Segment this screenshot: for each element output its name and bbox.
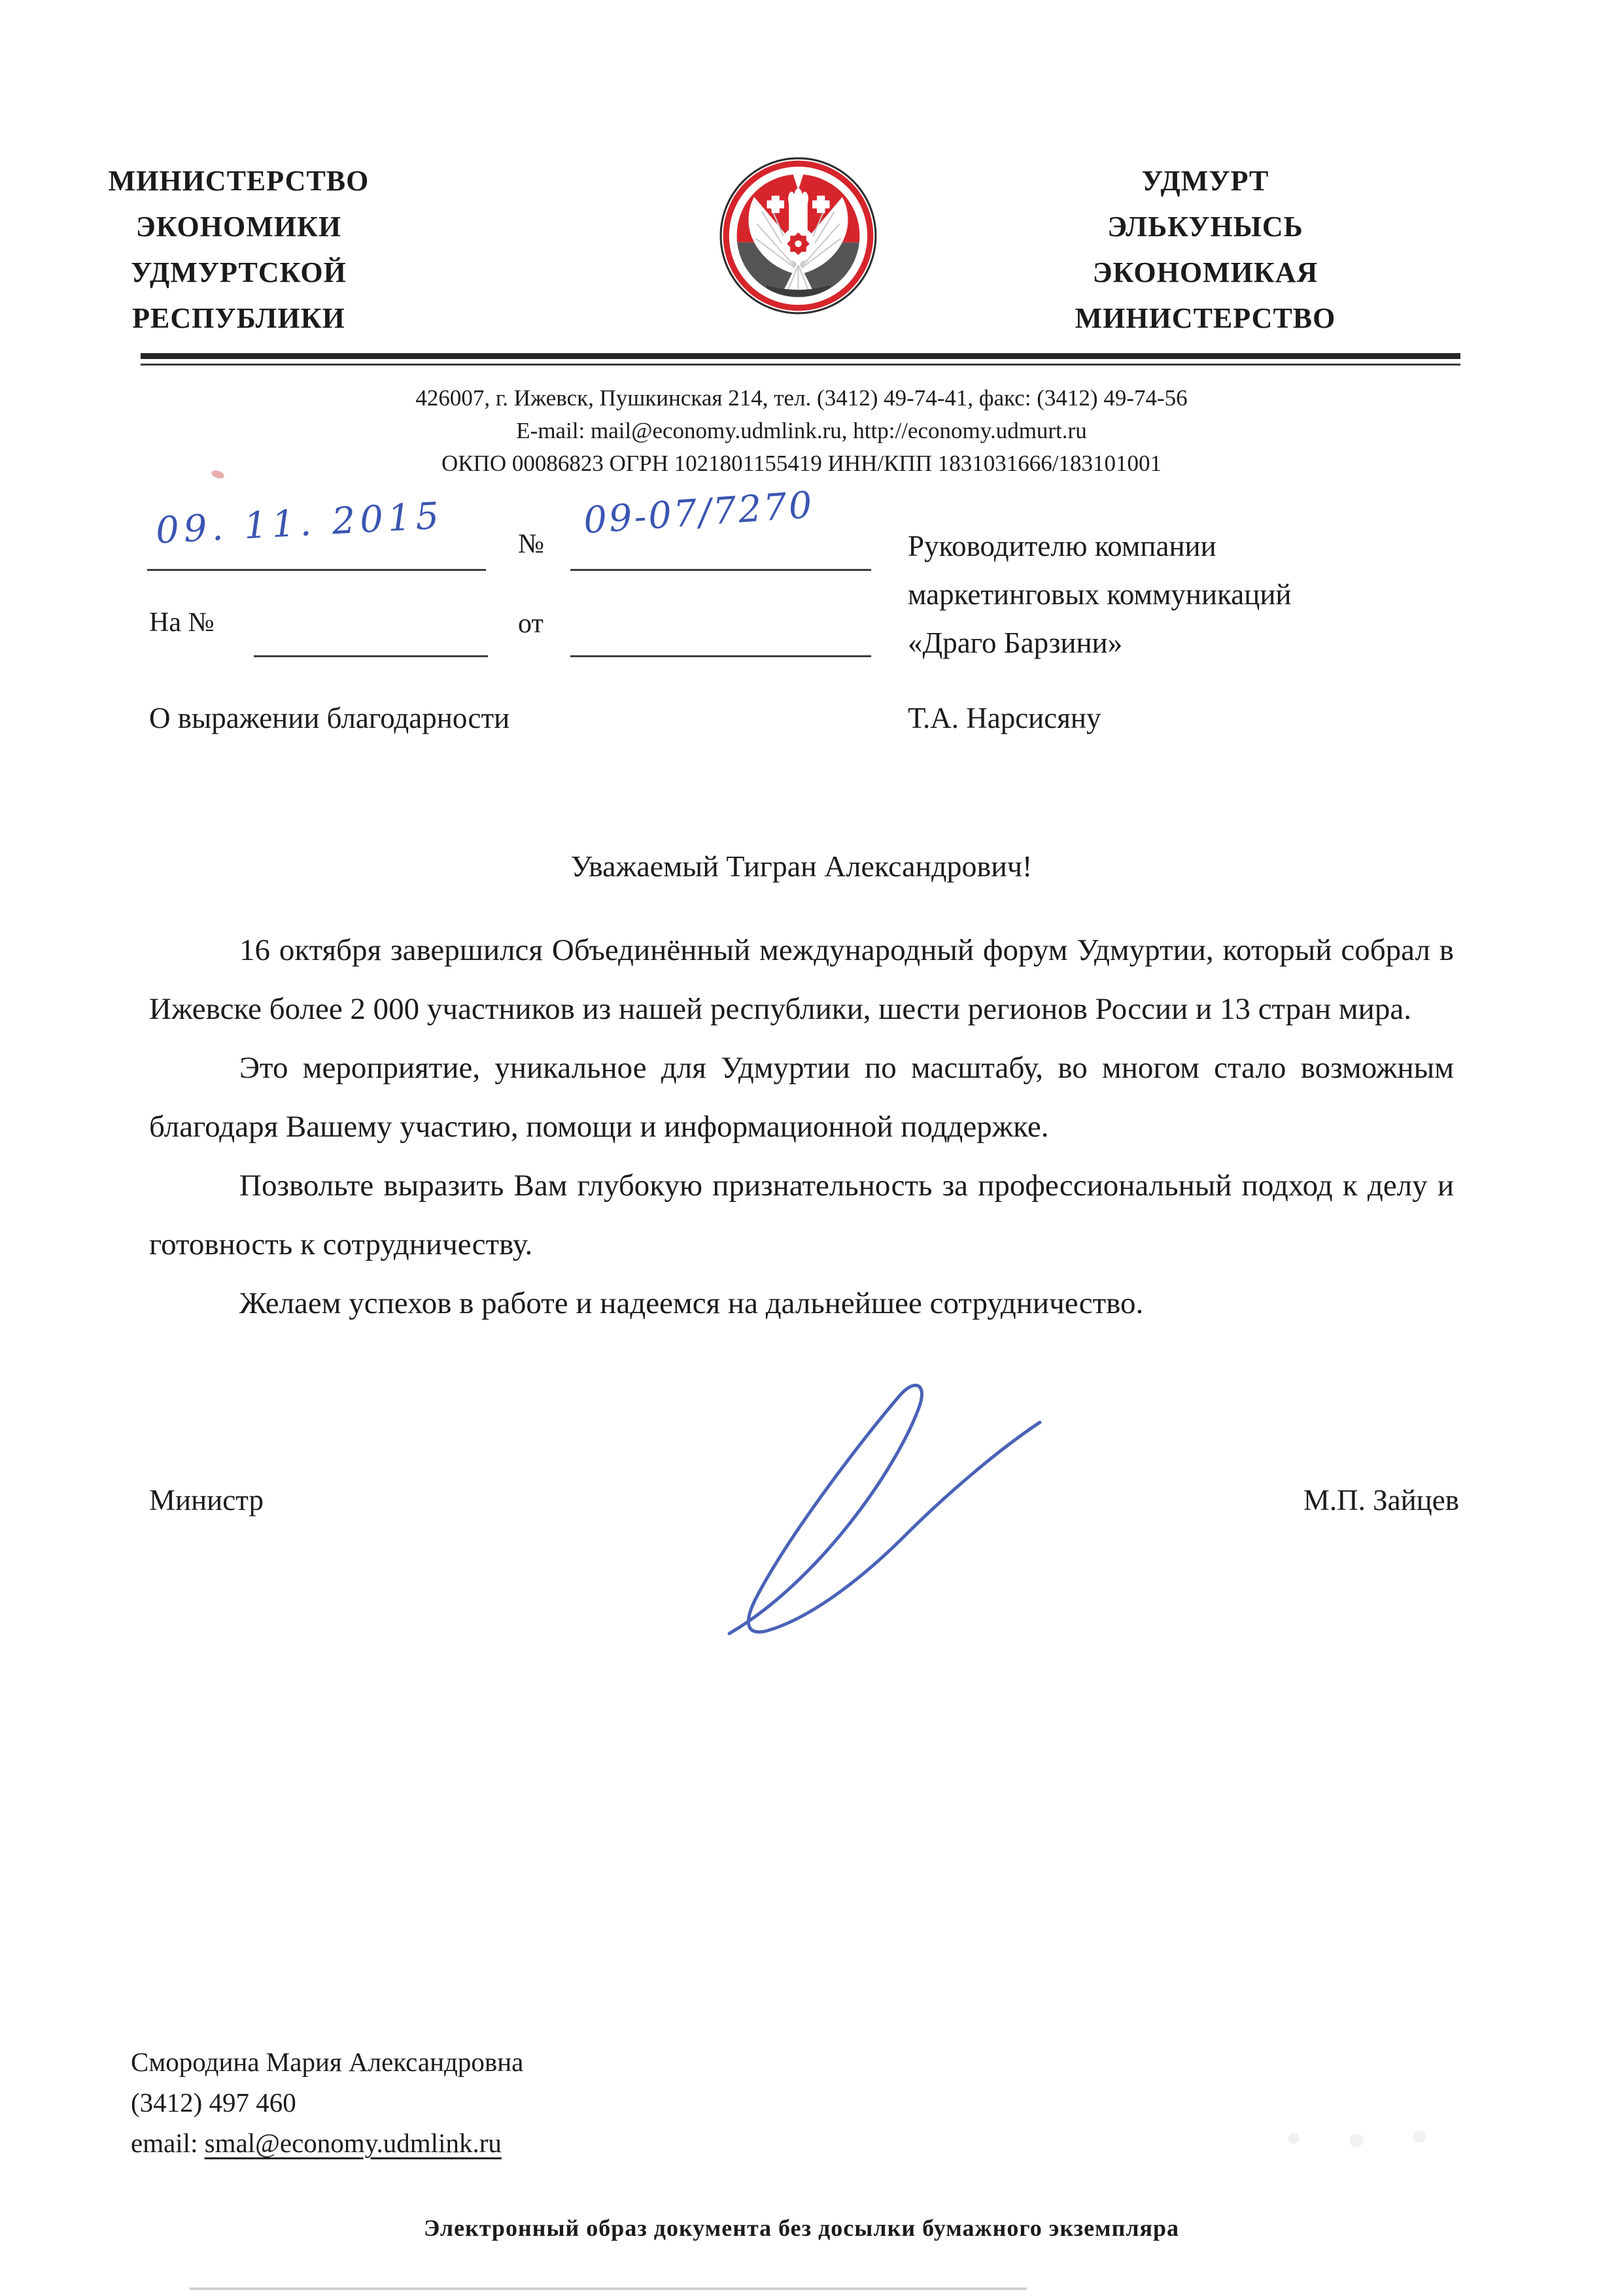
org-right-line: ЭКОНОМИКАЯ — [1006, 250, 1405, 296]
recipient-block: Руководителю компании маркетинговых комм… — [908, 522, 1457, 667]
body-paragraph: 16 октября завершился Объединённый между… — [149, 921, 1454, 1038]
executor-email-line: email: smal@economy.udmlink.ru — [131, 2123, 523, 2163]
handwritten-date: 09. 11. 2015 — [155, 495, 445, 553]
minister-signature-ink — [667, 1360, 1073, 1645]
udmurt-coat-of-arms-icon — [718, 156, 878, 319]
faint-scan-smudge — [1262, 2119, 1472, 2158]
org-address-line: 426007, г. Ижевск, Пушкинская 214, тел. … — [0, 382, 1603, 415]
scan-edge-line — [190, 2287, 1027, 2290]
body-paragraph: Позвольте выразить Вам глубокую признате… — [149, 1156, 1454, 1274]
reply-from-label: от — [518, 608, 543, 640]
number-field-line — [570, 569, 871, 571]
org-left-line: РЕСПУБЛИКИ — [39, 296, 438, 341]
body-paragraph: Желаем успехов в работе и надеемся на да… — [149, 1274, 1454, 1333]
reply-date-field-line — [570, 655, 871, 657]
electronic-copy-note: Электронный образ документа без досылки … — [0, 2214, 1603, 2242]
org-email-line: E-mail: mail@economy.udmlink.ru, http://… — [0, 415, 1603, 447]
executor-phone: (3412) 497 460 — [131, 2082, 523, 2123]
executor-email-link[interactable]: smal@economy.udmlink.ru — [205, 2128, 502, 2158]
signer-name: М.П. Зайцев — [1303, 1483, 1459, 1517]
recipient-line: маркетинговых коммуникаций — [908, 570, 1457, 619]
org-codes-line: ОКПО 00086823 ОГРН 1021801155419 ИНН/КПП… — [0, 447, 1603, 480]
org-right-line: УДМУРТ — [1006, 158, 1405, 204]
org-contacts-block: 426007, г. Ижевск, Пушкинская 214, тел. … — [0, 382, 1603, 480]
header-divider-thin — [141, 364, 1460, 366]
executor-block: Смородина Мария Александровна (3412) 497… — [131, 2042, 523, 2163]
recipient-line: Руководителю компании — [908, 522, 1457, 570]
letter-body: 16 октября завершился Объединённый между… — [149, 921, 1454, 1333]
number-sign-label: № — [518, 528, 544, 560]
reply-to-label: На № — [149, 607, 215, 638]
salutation: Уважаемый Тигран Александрович! — [0, 849, 1603, 883]
scanned-letter-page: МИНИСТЕРСТВО ЭКОНОМИКИ УДМУРТСКОЙ РЕСПУБ… — [0, 0, 1603, 2296]
signer-title: Министр — [149, 1483, 264, 1517]
email-label: email: — [131, 2128, 198, 2158]
executor-name: Смородина Мария Александровна — [131, 2042, 523, 2082]
org-left-line: МИНИСТЕРСТВО — [39, 158, 438, 204]
addressee-name: Т.А. Нарсисяну — [908, 701, 1101, 735]
org-left-line: ЭКОНОМИКИ — [39, 204, 438, 250]
org-right-line: ЭЛЬКУНЫСЬ — [1006, 204, 1405, 250]
handwritten-outgoing-number: 09-07/7270 — [582, 484, 816, 542]
ministry-name-udmurt: УДМУРТ ЭЛЬКУНЫСЬ ЭКОНОМИКАЯ МИНИСТЕРСТВО — [1006, 158, 1405, 341]
ministry-name-russian: МИНИСТЕРСТВО ЭКОНОМИКИ УДМУРТСКОЙ РЕСПУБ… — [39, 158, 438, 341]
org-left-line: УДМУРТСКОЙ — [39, 250, 438, 296]
date-field-line — [147, 569, 486, 571]
org-right-line: МИНИСТЕРСТВО — [1006, 296, 1405, 341]
subject-line: О выражении благодарности — [149, 701, 509, 735]
header-divider-thick — [141, 353, 1460, 359]
reply-number-field-line — [254, 655, 488, 657]
recipient-line: «Драго Барзини» — [908, 619, 1457, 667]
body-paragraph: Это мероприятие, уникальное для Удмуртии… — [149, 1038, 1454, 1156]
